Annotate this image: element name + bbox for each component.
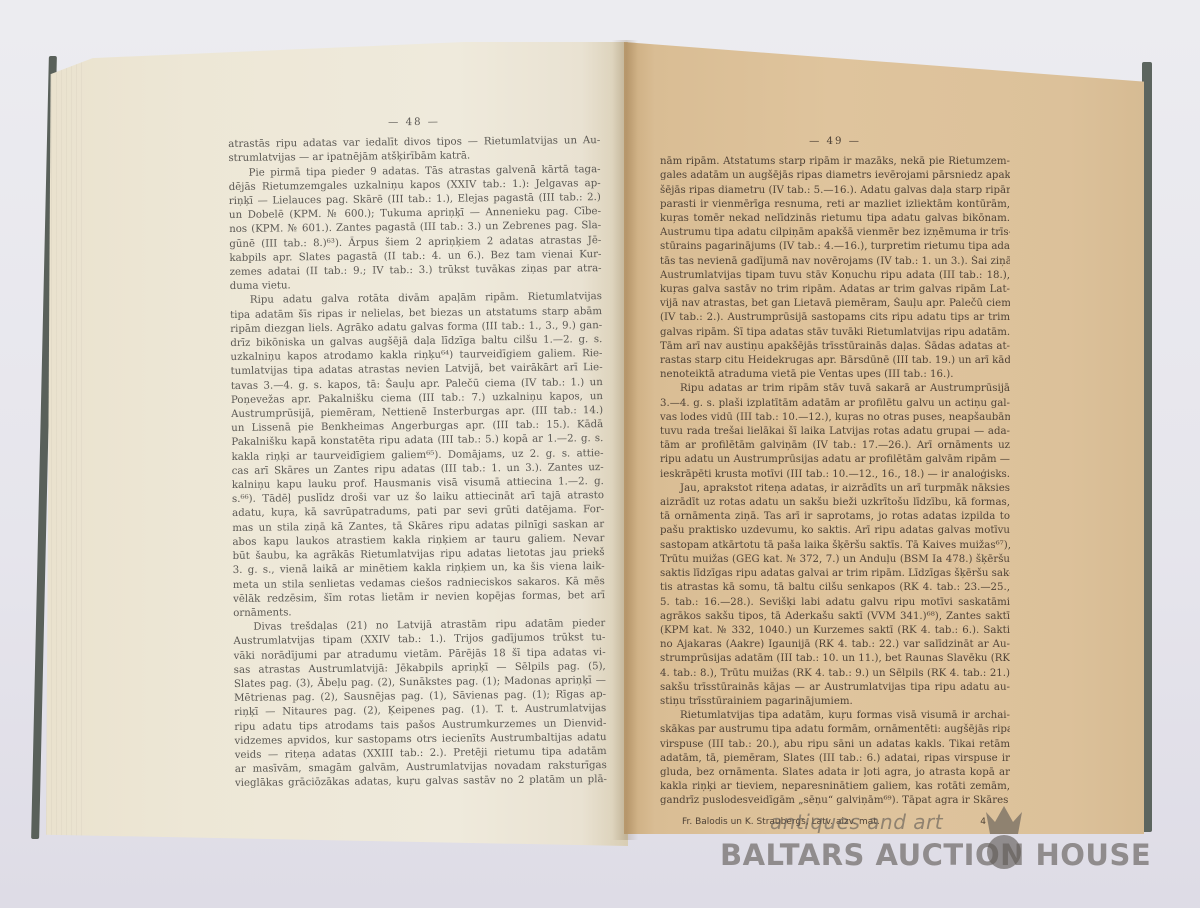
text-line: skākas par austrumu tipa adatu formām, o… [660,723,1010,737]
text-line: vas lodes vidū (III tab.: 10.—12.), kuŗa… [660,411,1010,425]
left-page-lines: atrastās ripu adatas var iedalīt divos t… [228,134,607,791]
page-number: — 49 — [660,135,1010,149]
text-line: gandrīz puslodesveidīgām „sēņu“ galviņām… [660,794,1010,808]
left-page-text: — 48 — atrastās ripu adatas var iedalīt … [228,114,607,791]
text-line: gluda, bez ornāmenta. Slates adata ir ļo… [660,766,1010,780]
right-page-lines: nām ripām. Atstatums starp ripām ir mazā… [660,155,1010,808]
text-line: pašu praktisko uzdevumu, ko saktis. Arī … [660,524,1010,538]
text-line: kuŗas tomēr nekad nelīdzinās rietumu tip… [660,212,1010,226]
text-line: Jau, aprakstot riteņa adatas, ir aizrādī… [660,482,1010,496]
text-line: ieskrāpēti krusta motīvi (III tab.: 10.—… [660,468,1010,482]
watermark-name: BALTARS AUCTION HOUSE [720,838,1151,872]
text-line: sakšu trīsstūrainās kājas — ar Austrumla… [660,681,1010,695]
text-line: tās tas nevienā gadījumā nav novērojams … [660,255,1010,269]
text-line: (KPM kat. № 332, 1040.) un Kurzemes sakt… [660,624,1010,638]
text-line: saktis līdzīgas ripu adatas galvai ar tr… [660,567,1010,581]
text-line: virspuse (III tab.: 20.), abu ripu sāni … [660,738,1010,752]
text-line: Tām arī nav austiņu apakšējās trīsstūrai… [660,340,1010,354]
text-line: tām ar profilētām galviņām (IV tab.: 17.… [660,439,1010,453]
text-line: ripu adatu un Austrumprūsijas adatu ar p… [660,453,1010,467]
text-line: rastas starp citu Heidekrugas apr. Bārsd… [660,354,1010,368]
text-line: vijā nav atrastas, bet gan Lietavā piemē… [660,297,1010,311]
text-line: 3.—4. g. s. plaši izplatītām adatām ar p… [660,397,1010,411]
page-number: — 48 — [228,114,600,132]
text-line: kuŗas galva sastāv no trim ripām. Adatas… [660,283,1010,297]
text-line: kakla riņķi ar tieviem, neparesninātiem … [660,780,1010,794]
text-line: nām ripām. Atstatums starp ripām ir mazā… [660,155,1010,169]
text-line: Trūtu muižas (GEG kat. № 372, 7.) un And… [660,553,1010,567]
page-stack-edges [46,42,86,846]
book-gutter [612,40,638,840]
right-page-text: — 49 — nām ripām. Atstatums starp ripām … [660,135,1010,829]
text-line: stūrains pagarinājums (IV tab.: 4.—16.),… [660,240,1010,254]
text-line: Rietumlatvijas tipa adatām, kuŗu formas … [660,709,1010,723]
text-line: tis atrastas kā somu, tā baltu cilšu sen… [660,581,1010,595]
text-line: 4. tab.: 8.), Trūtu muižas (RK 4. tab.: … [660,667,1010,681]
text-line: strumprūsijas adatām (III tab.: 10. un 1… [660,652,1010,666]
text-line: parasti ir vienmērīga resnuma, reti ar m… [660,198,1010,212]
watermark-tagline: antiques and art [770,810,943,834]
text-line: agrākos sakšu tipos, tā Aderkašu saktī (… [660,610,1010,624]
text-line: Austrumu tipa adatu cilpiņām apakšā vien… [660,226,1010,240]
text-line: tā ornāmenta ziņā. Tas arī ir saprotams,… [660,510,1010,524]
text-line: šējās ripas diametru (IV tab.: 5.—16.). … [660,184,1010,198]
text-line: no Ajakaras (Aakre) Igaunijā (RK 4. tab.… [660,638,1010,652]
text-line: nenoteiktā atraduma vietā pie Ventas upe… [660,368,1010,382]
text-line: adatām, tā, piemēram, Slates (III tab.: … [660,752,1010,766]
open-book: — 48 — atrastās ripu adatas var iedalīt … [0,0,1200,908]
text-line: stiņu trīsstūrainiem pagarinājumiem. [660,695,1010,709]
text-line: aizrādīt uz rotas adatu un sakšu bieži u… [660,496,1010,510]
watermark: antiques and art BALTARS AUCTION HOUSE [720,808,1140,878]
text-line: 5. tab.: 16.—28.). Sevišķi labi adatu ga… [660,596,1010,610]
text-line: Ripu adatas ar trim ripām stāv tuvā saka… [660,382,1010,396]
text-line: galvas ripām. Šī tipa adatas stāv tuvāki… [660,326,1010,340]
text-line: sastopam atkārtotu tā paša laika šķēršu … [660,539,1010,553]
text-line: Austrumlatvijas tipam tuvu stāv Koņuchu … [660,269,1010,283]
text-line: tuvu rada trešai lielākai šī laika Latvi… [660,425,1010,439]
text-line: (IV tab.: 2.). Austrumprūsijā sastopams … [660,311,1010,325]
text-line: gales adatām un augšējās ripas diametrs … [660,169,1010,183]
